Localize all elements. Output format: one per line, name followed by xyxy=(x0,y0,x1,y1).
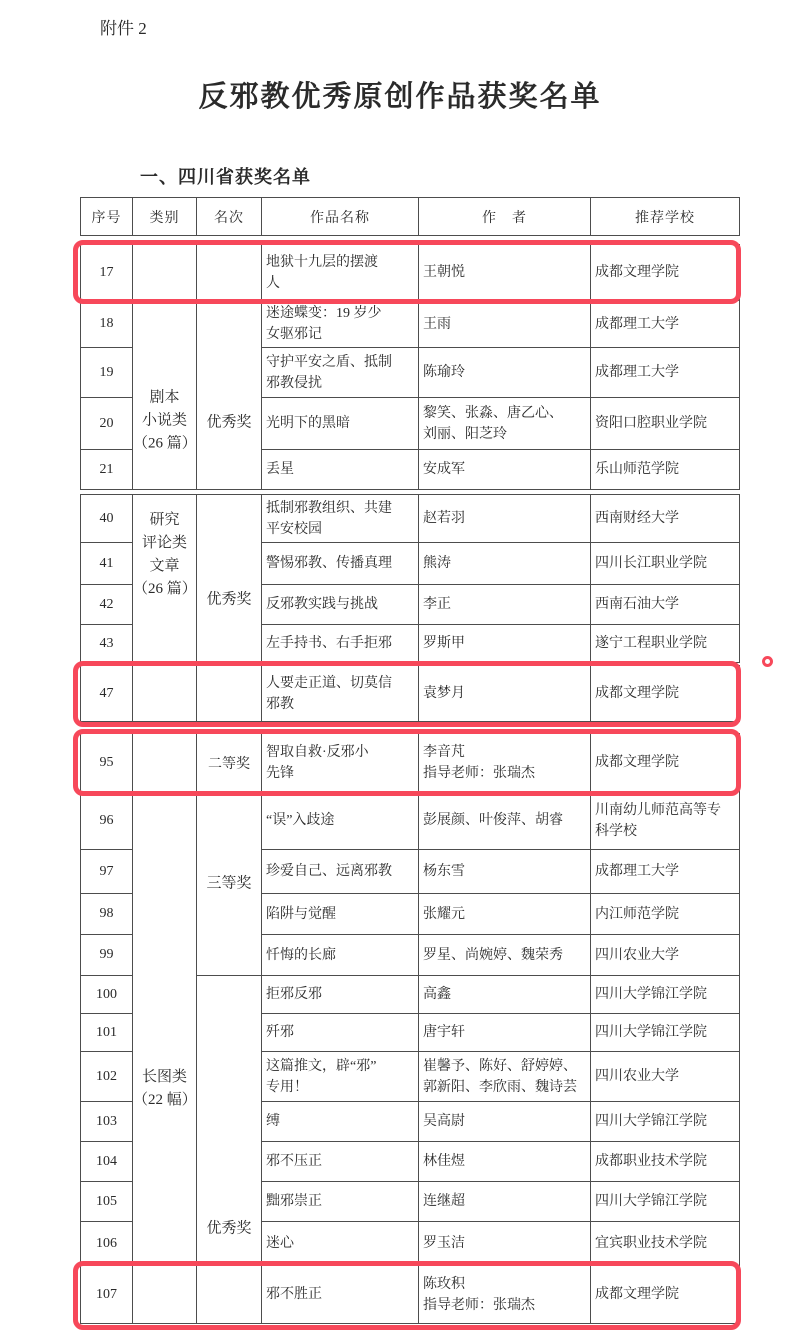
cell-school: 成都文理学院 xyxy=(591,245,740,301)
cell-rank: 二等奖 xyxy=(197,734,262,792)
cell-author: 林佳煜 xyxy=(419,1142,591,1182)
col-header-title: 作品名称 xyxy=(262,198,419,236)
cell-author: 罗星、尚婉婷、魏荣秀 xyxy=(419,935,591,976)
cell-school: 乐山师范学院 xyxy=(591,450,740,490)
cell-title: 左手持书、右手拒邪 xyxy=(262,625,419,663)
cell-no: 19 xyxy=(81,348,133,398)
cell-no: 102 xyxy=(81,1052,133,1102)
table-segment-rows-18-21: 18 剧本 小说类 （26 篇） 优秀奖 迷途蝶变：19 岁少 女驱邪记 王雨 … xyxy=(80,300,740,490)
cell-title: 地狱十九层的摆渡 人 xyxy=(262,245,419,301)
cell-school: 四川大学锦江学院 xyxy=(591,1014,740,1052)
table-row: 47 人要走正道、切莫信 邪教 袁梦月 成都文理学院 xyxy=(81,666,740,722)
cell-school: 资阳口腔职业学院 xyxy=(591,398,740,450)
cell-no: 43 xyxy=(81,625,133,663)
cell-author: 安成军 xyxy=(419,450,591,490)
cell-no: 97 xyxy=(81,850,133,894)
cell-no: 17 xyxy=(81,245,133,301)
cell-author: 崔馨予、陈好、舒婷婷、 郭新阳、李欣雨、魏诗芸 xyxy=(419,1052,591,1102)
cell-school: 四川大学锦江学院 xyxy=(591,1182,740,1222)
cell-no: 21 xyxy=(81,450,133,490)
red-ring-annotation xyxy=(762,656,773,667)
table-row: 40 研究 评论类 文章 （26 篇） 优秀奖 抵制邪教组织、共建 平安校园 赵… xyxy=(81,495,740,543)
cell-author: 张耀元 xyxy=(419,894,591,935)
cell-title: 陷阱与觉醒 xyxy=(262,894,419,935)
cell-rank-empty xyxy=(197,245,262,301)
section-heading: 一、四川省获奖名单 xyxy=(140,163,311,189)
cell-author: 李正 xyxy=(419,585,591,625)
table-row: 18 剧本 小说类 （26 篇） 优秀奖 迷途蝶变：19 岁少 女驱邪记 王雨 … xyxy=(81,301,740,348)
cell-title: 丢星 xyxy=(262,450,419,490)
cell-school: 成都理工大学 xyxy=(591,348,740,398)
cell-no: 42 xyxy=(81,585,133,625)
cell-school: 四川大学锦江学院 xyxy=(591,1102,740,1142)
cell-title: 这篇推文，辟“邪” 专用！ xyxy=(262,1052,419,1102)
cell-no: 105 xyxy=(81,1182,133,1222)
cell-title: 珍爱自己、远离邪教 xyxy=(262,850,419,894)
cell-author: 陈瑜玲 xyxy=(419,348,591,398)
cell-author: 王朝悦 xyxy=(419,245,591,301)
cell-category-group: 长图类 （22 幅） xyxy=(133,792,197,1324)
cell-author: 杨东雪 xyxy=(419,850,591,894)
cell-title: 迷心 xyxy=(262,1222,419,1266)
cell-title: 缚 xyxy=(262,1102,419,1142)
cell-author: 罗斯甲 xyxy=(419,625,591,663)
cell-no: 98 xyxy=(81,894,133,935)
attachment-label: 附件 2 xyxy=(100,14,147,39)
cell-title: 邪不压正 xyxy=(262,1142,419,1182)
cell-author: 罗玉洁 xyxy=(419,1222,591,1266)
cell-category-empty xyxy=(133,666,197,722)
cell-title: 智取自救·反邪小 先锋 xyxy=(262,734,419,792)
rank-label: 三等奖 xyxy=(197,872,261,895)
cell-school: 四川农业大学 xyxy=(591,1052,740,1102)
col-header-rank: 名次 xyxy=(197,198,262,236)
col-header-category: 类别 xyxy=(133,198,197,236)
cell-title: 拒邪反邪 xyxy=(262,976,419,1014)
cell-title: 守护平安之盾、抵制 邪教侵扰 xyxy=(262,348,419,398)
cell-category-group: 剧本 小说类 （26 篇） xyxy=(133,301,197,490)
cell-school: 成都理工大学 xyxy=(591,301,740,348)
cell-title: 反邪教实践与挑战 xyxy=(262,585,419,625)
category-label: 研究 评论类 文章 （26 篇） xyxy=(133,509,196,601)
cell-school: 四川农业大学 xyxy=(591,935,740,976)
cell-author: 连继超 xyxy=(419,1182,591,1222)
cell-no: 101 xyxy=(81,1014,133,1052)
cell-no: 41 xyxy=(81,543,133,585)
cell-school: 成都文理学院 xyxy=(591,666,740,722)
cell-author: 高鑫 xyxy=(419,976,591,1014)
cell-no: 104 xyxy=(81,1142,133,1182)
cell-title: 迷途蝶变：19 岁少 女驱邪记 xyxy=(262,301,419,348)
category-label: 剧本 小说类 （26 篇） xyxy=(133,387,196,456)
rank-label: 优秀奖 xyxy=(197,412,261,435)
cell-title: 抵制邪教组织、共建 平安校园 xyxy=(262,495,419,543)
cell-author: 黎笑、张淼、唐乙心、 刘丽、阳芝玲 xyxy=(419,398,591,450)
table-row: 17 地狱十九层的摆渡 人 王朝悦 成都文理学院 xyxy=(81,245,740,301)
cell-school: 西南财经大学 xyxy=(591,495,740,543)
cell-no: 95 xyxy=(81,734,133,792)
page-title: 反邪教优秀原创作品获奖名单 xyxy=(0,74,800,115)
cell-school: 成都理工大学 xyxy=(591,850,740,894)
cell-school: 西南石油大学 xyxy=(591,585,740,625)
cell-school: 成都文理学院 xyxy=(591,734,740,792)
cell-author: 袁梦月 xyxy=(419,666,591,722)
cell-school: 宜宾职业技术学院 xyxy=(591,1222,740,1266)
cell-no: 40 xyxy=(81,495,133,543)
cell-title: “误”入歧途 xyxy=(262,792,419,850)
cell-author: 陈玫积 指导老师：张瑞杰 xyxy=(419,1266,591,1324)
cell-school: 四川大学锦江学院 xyxy=(591,976,740,1014)
table-segment-row-47: 47 人要走正道、切莫信 邪教 袁梦月 成都文理学院 xyxy=(80,665,740,722)
cell-no: 47 xyxy=(81,666,133,722)
rank-label: 优秀奖 xyxy=(197,1218,261,1241)
cell-rank-group: 优秀奖 xyxy=(197,301,262,490)
table-segment-rows-95-107: 95 二等奖 智取自救·反邪小 先锋 李音芃 指导老师：张瑞杰 成都文理学院 9… xyxy=(80,733,740,1324)
cell-title: 光明下的黑暗 xyxy=(262,398,419,450)
cell-rank-group: 优秀奖 xyxy=(197,495,262,663)
cell-no: 96 xyxy=(81,792,133,850)
cell-title: 警惕邪教、传播真理 xyxy=(262,543,419,585)
cell-rank-empty xyxy=(197,666,262,722)
cell-school: 内江师范学院 xyxy=(591,894,740,935)
cell-title: 黜邪崇正 xyxy=(262,1182,419,1222)
table-row: 95 二等奖 智取自救·反邪小 先锋 李音芃 指导老师：张瑞杰 成都文理学院 xyxy=(81,734,740,792)
cell-no: 18 xyxy=(81,301,133,348)
cell-author: 王雨 xyxy=(419,301,591,348)
table-segment-rows-40-43: 40 研究 评论类 文章 （26 篇） 优秀奖 抵制邪教组织、共建 平安校园 赵… xyxy=(80,494,740,663)
cell-author: 唐宇轩 xyxy=(419,1014,591,1052)
table-row: 96 长图类 （22 幅） 三等奖 “误”入歧途 彭展颜、叶俊萍、胡睿 川南幼儿… xyxy=(81,792,740,850)
cell-category-empty xyxy=(133,245,197,301)
rank-label: 优秀奖 xyxy=(197,589,261,612)
cell-title: 人要走正道、切莫信 邪教 xyxy=(262,666,419,722)
table-segment-row-17: 17 地狱十九层的摆渡 人 王朝悦 成都文理学院 xyxy=(80,244,740,301)
document-page: 附件 2 反邪教优秀原创作品获奖名单 一、四川省获奖名单 序号 类别 名次 作品… xyxy=(0,0,800,1342)
category-label: 长图类 （22 幅） xyxy=(133,1066,196,1112)
cell-no: 103 xyxy=(81,1102,133,1142)
cell-no: 107 xyxy=(81,1266,133,1324)
cell-no: 106 xyxy=(81,1222,133,1266)
cell-category-empty xyxy=(133,734,197,792)
cell-school: 成都职业技术学院 xyxy=(591,1142,740,1182)
cell-title: 邪不胜正 xyxy=(262,1266,419,1324)
cell-category-group: 研究 评论类 文章 （26 篇） xyxy=(133,495,197,663)
cell-rank-group: 三等奖 xyxy=(197,792,262,976)
cell-school: 四川长江职业学院 xyxy=(591,543,740,585)
cell-no: 20 xyxy=(81,398,133,450)
cell-author: 彭展颜、叶俊萍、胡睿 xyxy=(419,792,591,850)
cell-school: 川南幼儿师范高等专 科学校 xyxy=(591,792,740,850)
cell-author: 赵若羽 xyxy=(419,495,591,543)
cell-author: 吴高尉 xyxy=(419,1102,591,1142)
col-header-author: 作 者 xyxy=(419,198,591,236)
col-header-no: 序号 xyxy=(81,198,133,236)
cell-title: 歼邪 xyxy=(262,1014,419,1052)
col-header-school: 推荐学校 xyxy=(591,198,740,236)
table-header-segment: 序号 类别 名次 作品名称 作 者 推荐学校 xyxy=(80,197,740,236)
cell-no: 99 xyxy=(81,935,133,976)
cell-school: 成都文理学院 xyxy=(591,1266,740,1324)
cell-rank-group: 优秀奖 xyxy=(197,976,262,1324)
cell-school: 遂宁工程职业学院 xyxy=(591,625,740,663)
cell-author: 李音芃 指导老师：张瑞杰 xyxy=(419,734,591,792)
cell-title: 忏悔的长廊 xyxy=(262,935,419,976)
cell-no: 100 xyxy=(81,976,133,1014)
cell-author: 熊涛 xyxy=(419,543,591,585)
